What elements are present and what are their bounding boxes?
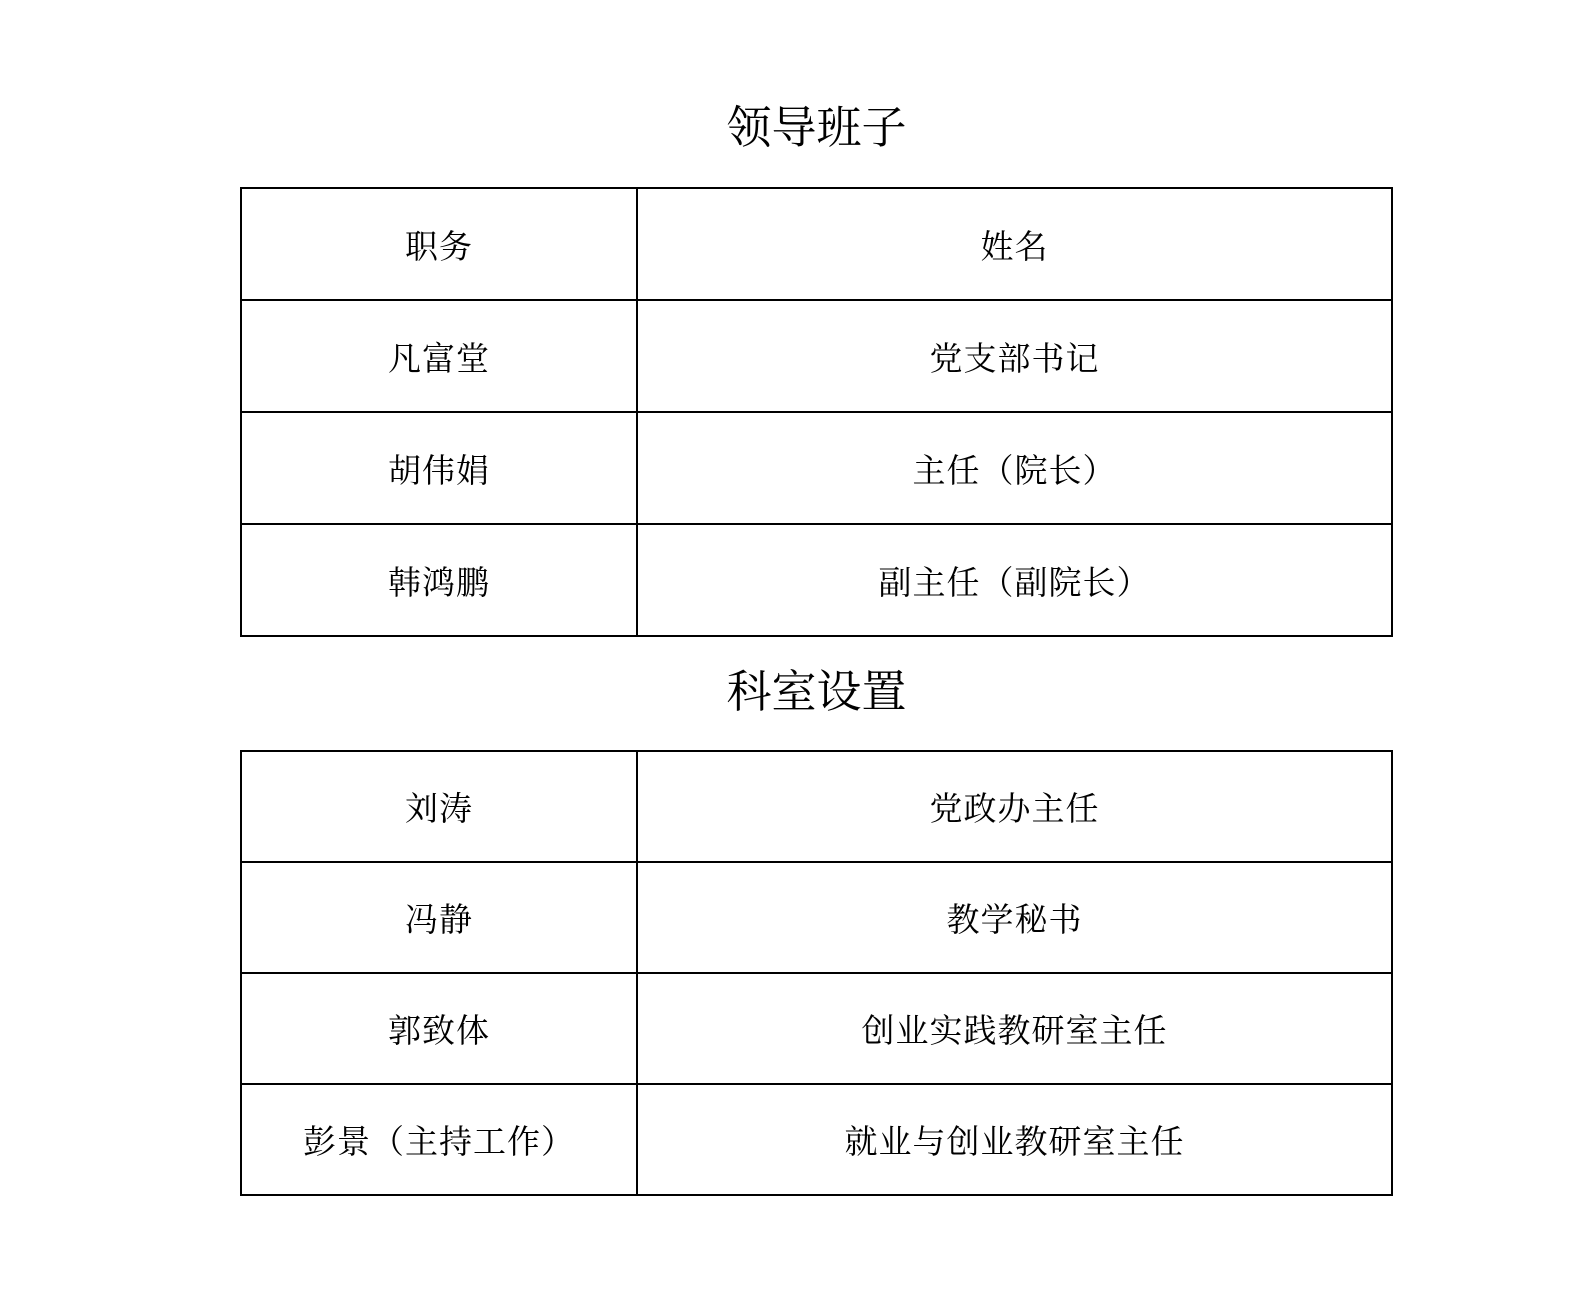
- cell-title: 就业与创业教研室主任: [637, 1084, 1392, 1195]
- cell-title: 教学秘书: [637, 862, 1392, 973]
- cell-title: 主任（院长）: [637, 412, 1392, 524]
- cell-person: 刘涛: [241, 751, 637, 862]
- table-row: 冯静 教学秘书: [241, 862, 1392, 973]
- cell-title: 党支部书记: [637, 300, 1392, 412]
- table-row: 胡伟娟 主任（院长）: [241, 412, 1392, 524]
- departments-table: 刘涛 党政办主任 冯静 教学秘书 郭致体 创业实践教研室主任 彭景（主持工作） …: [240, 750, 1393, 1196]
- cell-person: 彭景（主持工作）: [241, 1084, 637, 1195]
- cell-title: 副主任（副院长）: [637, 524, 1392, 636]
- cell-person: 郭致体: [241, 973, 637, 1084]
- cell-title: 党政办主任: [637, 751, 1392, 862]
- header-cell-position: 职务: [241, 188, 637, 300]
- cell-person: 冯静: [241, 862, 637, 973]
- table-row: 韩鸿鹏 副主任（副院长）: [241, 524, 1392, 636]
- table-row: 刘涛 党政办主任: [241, 751, 1392, 862]
- cell-person: 胡伟娟: [241, 412, 637, 524]
- table-row: 凡富堂 党支部书记: [241, 300, 1392, 412]
- leadership-section-title: 领导班子: [240, 98, 1393, 158]
- header-cell-name: 姓名: [637, 188, 1392, 300]
- leadership-table: 职务 姓名 凡富堂 党支部书记 胡伟娟 主任（院长） 韩鸿鹏 副主任（副院长）: [240, 187, 1393, 637]
- table-row: 彭景（主持工作） 就业与创业教研室主任: [241, 1084, 1392, 1195]
- departments-section-title: 科室设置: [240, 662, 1393, 722]
- table-row: 郭致体 创业实践教研室主任: [241, 973, 1392, 1084]
- document-page: 领导班子 职务 姓名 凡富堂 党支部书记 胡伟娟 主任（院长） 韩鸿鹏 副主任（…: [0, 0, 1570, 1306]
- cell-person: 韩鸿鹏: [241, 524, 637, 636]
- cell-person: 凡富堂: [241, 300, 637, 412]
- table-header-row: 职务 姓名: [241, 188, 1392, 300]
- cell-title: 创业实践教研室主任: [637, 973, 1392, 1084]
